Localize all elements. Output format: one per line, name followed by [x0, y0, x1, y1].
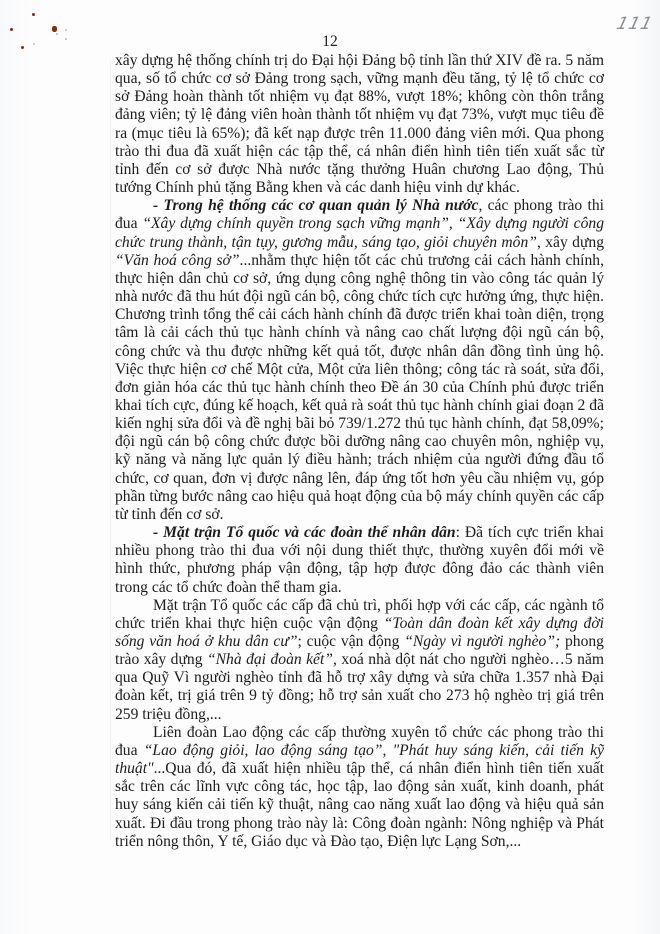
scanned-page: 111 12 xây dựng hệ thống chính trị do Đạ… — [0, 0, 660, 934]
paragraph-text: xây dựng hệ thống chính trị do Đại hội Đ… — [115, 52, 604, 196]
handwritten-page-mark: 111 — [615, 14, 655, 34]
scan-speck — [52, 26, 57, 32]
quoted-campaign: “Văn hoá công sở” — [115, 252, 240, 269]
paragraph-text: ...nhằm thực hiện tốt các chủ trương cải… — [115, 252, 604, 523]
section-heading: - Trong hệ thống các cơ quan quản lý Nhà… — [153, 197, 478, 214]
quoted-campaign: “Ngày vì người nghèo”; — [404, 633, 560, 650]
quoted-campaign: “Nhà đại đoàn kết” — [207, 651, 333, 668]
paragraph-text: ; cuộc vận động — [298, 633, 405, 650]
scan-speck — [65, 29, 67, 31]
document-body: xây dựng hệ thống chính trị do Đại hội Đ… — [115, 52, 604, 851]
paragraph-labor-federation: Liên đoàn Lao động các cấp thường xuyên … — [115, 724, 604, 851]
scan-speck — [32, 13, 35, 16]
paragraph-text: ...Qua đó, đã xuất hiện nhiều tập thể, c… — [115, 760, 604, 850]
paragraph-state-agencies: - Trong hệ thống các cơ quan quản lý Nhà… — [115, 197, 604, 524]
scan-fold-line — [110, 60, 111, 840]
paragraph-fatherland-front: - Mặt trận Tổ quốc và các đoàn thể nhân … — [115, 524, 604, 597]
paragraph-text: , xây dựng — [537, 234, 604, 251]
scan-speck — [10, 28, 13, 31]
paragraph-party-building: xây dựng hệ thống chính trị do Đại hội Đ… — [115, 52, 604, 197]
quoted-campaign: “Xây dựng chính quyền trong sạch vững mạ… — [115, 215, 604, 250]
paragraph-front-campaigns: Mặt trận Tổ quốc các cấp đã chủ trì, phố… — [115, 597, 604, 724]
section-heading: - Mặt trận Tổ quốc và các đoàn thể nhân … — [153, 524, 456, 541]
page-number: 12 — [0, 33, 660, 51]
